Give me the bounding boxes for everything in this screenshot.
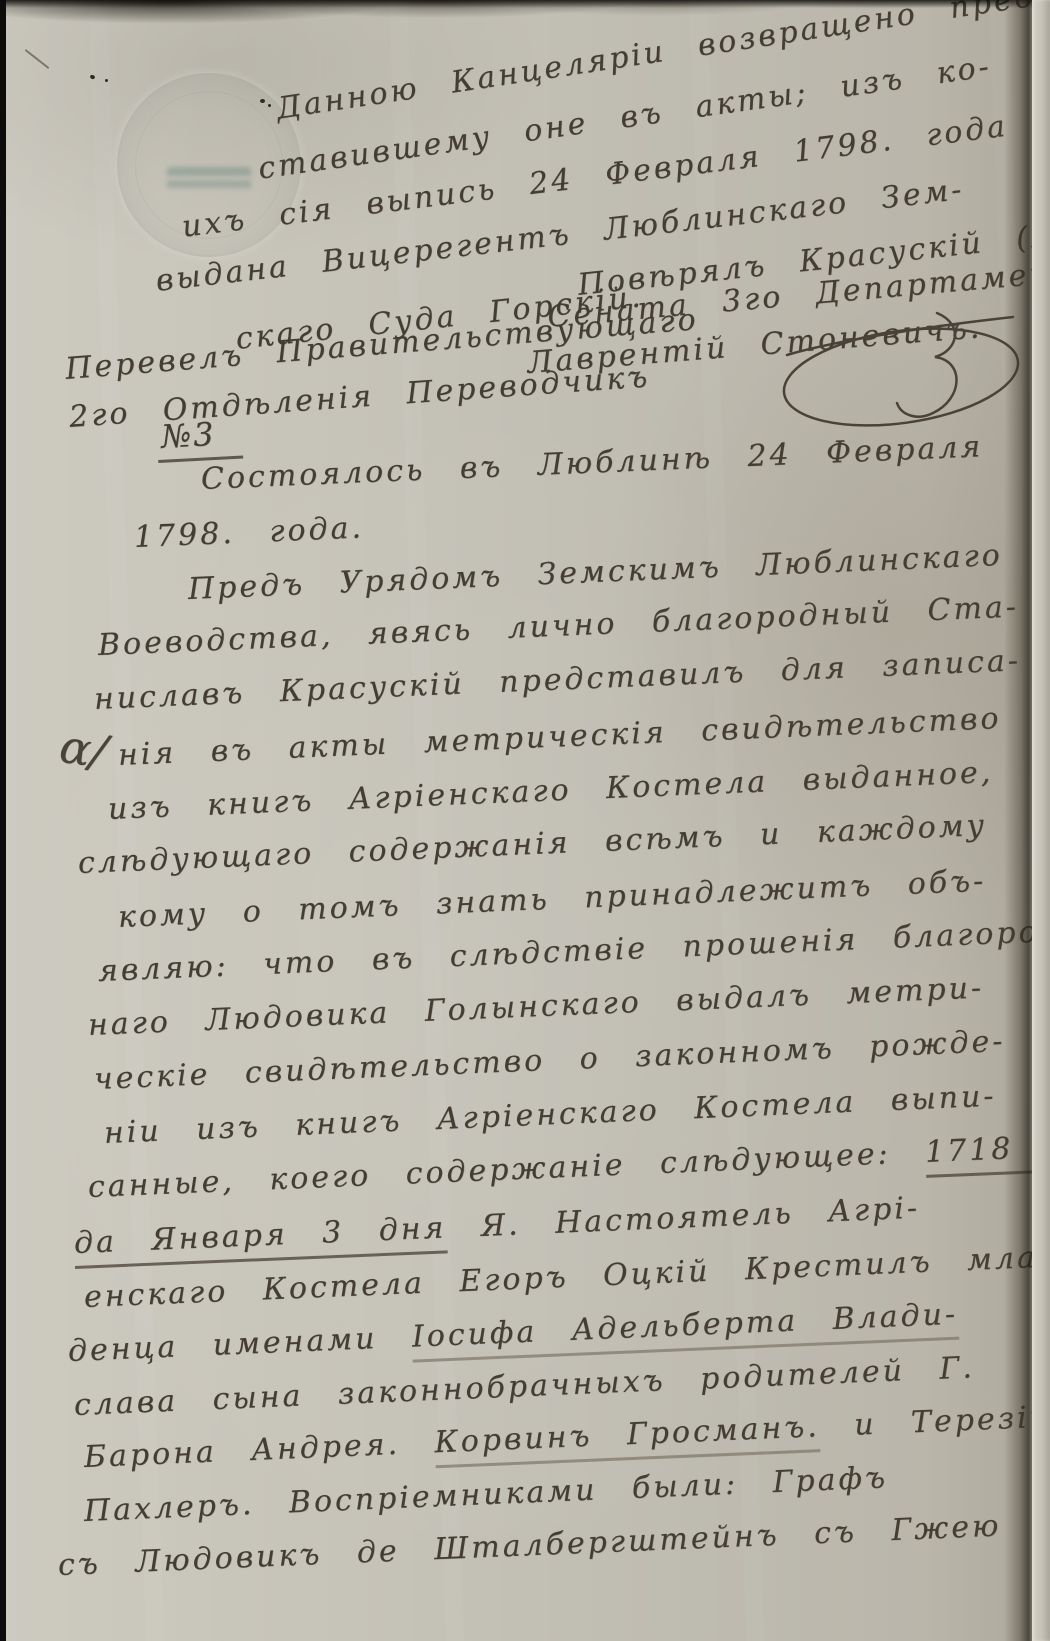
ink-speck bbox=[89, 74, 95, 80]
scanned-page: Данною Канцеляріи возвращено пред- стави… bbox=[6, 0, 1050, 1641]
line-text: Барона Андрея. bbox=[83, 1425, 435, 1475]
underlined-text: 1718 го- bbox=[924, 1128, 1050, 1178]
embossed-seal-smudge bbox=[167, 167, 251, 197]
line-text: Я. Настоятель Агрі- bbox=[446, 1191, 921, 1246]
line-text: Состоялось въ Люблинѣ 24 Февраля bbox=[200, 429, 984, 497]
line-text: и Терезіи bbox=[819, 1399, 1050, 1444]
manuscript-line: 1798. года. bbox=[133, 510, 364, 555]
underlined-text: да Января 3 дня bbox=[73, 1210, 447, 1269]
ink-speck bbox=[260, 99, 265, 103]
line-text: денца именами bbox=[67, 1320, 412, 1369]
pen-stray-mark bbox=[25, 49, 50, 69]
line-text: 1798. года. bbox=[133, 510, 364, 555]
underlined-text: Іосифа Адельберта Влади- bbox=[411, 1297, 959, 1363]
ink-speck bbox=[268, 104, 271, 107]
ink-speck bbox=[105, 79, 108, 82]
margin-mark: α/ bbox=[56, 719, 110, 780]
underlined-text: Корвинъ Гросманъ. bbox=[434, 1409, 821, 1468]
manuscript-line: Состоялось въ Люблинѣ 24 Февраля bbox=[200, 429, 984, 497]
act-number: №3 bbox=[156, 414, 243, 463]
